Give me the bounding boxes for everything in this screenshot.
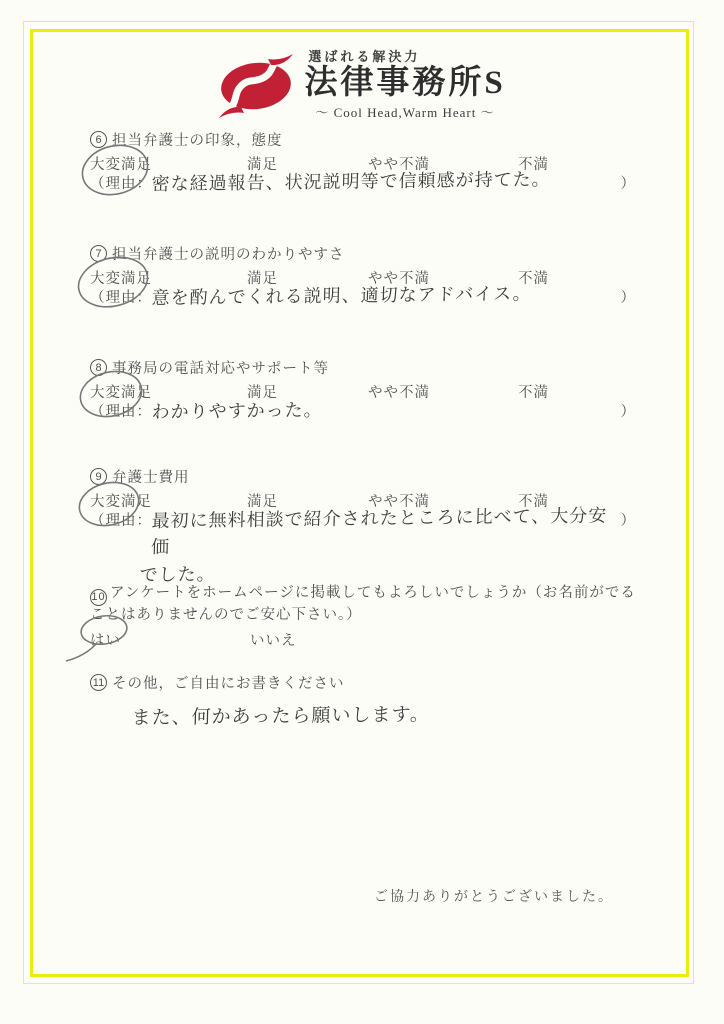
logo-subtitle: ～ Cool Head,Warm Heart ～ — [304, 102, 505, 121]
logo-s-swirl-icon — [218, 54, 294, 118]
scanned-survey-page: 選ばれる解決力 法律事務所S ～ Cool Head,Warm Heart ～ … — [0, 0, 724, 1024]
option-very-satisfied: 大変満足 — [90, 267, 152, 288]
reason-label: （理由： — [90, 400, 152, 421]
option-no: いいえ — [250, 629, 297, 650]
question-title: 担当弁護士の説明のわかりやすさ — [112, 243, 345, 264]
reason-close-paren: ） — [621, 172, 637, 193]
reason-close-paren: ） — [621, 286, 637, 307]
reason-label: （理由： — [90, 172, 152, 193]
handwritten-reason: わかりやすかった。 — [151, 392, 620, 424]
question-6: 6 担当弁護士の印象，態度 大変満足 満足 やや不満 不満 （理由： 密な経過報… — [90, 129, 636, 196]
question-title: 事務局の電話対応やサポート等 — [112, 357, 329, 378]
reason-label: （理由： — [90, 286, 152, 307]
question-number: 7 — [90, 245, 107, 262]
handwritten-reason: 最初に無料相談で紹介されたところに比べて、大分安価 — [151, 501, 621, 559]
question-title: 担当弁護士の印象，態度 — [112, 129, 283, 150]
question-number: 6 — [90, 131, 107, 148]
option-very-satisfied: 大変満足 — [90, 490, 152, 511]
option-yes: はい — [90, 629, 121, 650]
option-very-satisfied: 大変満足 — [90, 153, 152, 174]
handwritten-reason: 密な経過報告、状況説明等で信頼感が持てた。 — [151, 164, 620, 196]
question-title: その他，ご自由にお書きください — [112, 672, 345, 693]
reason-close-paren: ） — [621, 509, 637, 530]
logo-text-block: 選ばれる解決力 法律事務所S ～ Cool Head,Warm Heart ～ — [304, 46, 505, 121]
question-10: 10アンケートをホームページに掲載してもよろしいでしょうか（お名前がでることはあ… — [90, 584, 636, 648]
thank-you-note: ご協力ありがとうございました。 — [374, 886, 614, 906]
question-title: 弁護士費用 — [112, 466, 190, 487]
question-number: 9 — [90, 468, 107, 485]
yes-no-options: はい いいえ — [90, 629, 636, 648]
question-number: 10 — [90, 589, 107, 606]
question-9: 9 弁護士費用 大変満足 満足 やや不満 不満 （理由： 最初に無料相談で紹介さ… — [90, 466, 636, 587]
handwritten-reason: 意を酌んでくれる説明、適切なアドバイス。 — [151, 278, 620, 310]
question-7: 7 担当弁護士の説明のわかりやすさ 大変満足 満足 やや不満 不満 （理由： 意… — [90, 243, 636, 310]
option-very-satisfied: 大変満足 — [90, 381, 152, 402]
reason-close-paren: ） — [621, 400, 637, 421]
firm-name: 法律事務所S — [304, 65, 505, 101]
letterhead: 選ばれる解決力 法律事務所S ～ Cool Head,Warm Heart ～ — [0, 46, 724, 121]
question-number: 8 — [90, 359, 107, 376]
question-number: 11 — [90, 674, 107, 691]
handwritten-reason-line2: でした。 — [139, 555, 636, 587]
reason-label: （理由： — [90, 509, 152, 530]
question-8: 8 事務局の電話対応やサポート等 大変満足 満足 やや不満 不満 （理由： わか… — [90, 357, 636, 424]
handwritten-free-comment: また、何かあったら願いします。 — [131, 697, 636, 730]
question-title: 10アンケートをホームページに掲載してもよろしいでしょうか（お名前がでることはあ… — [90, 584, 636, 625]
question-11: 11 その他，ご自由にお書きください また、何かあったら願いします。 — [90, 672, 636, 730]
logo-tagline: 選ばれる解決力 — [308, 46, 505, 65]
